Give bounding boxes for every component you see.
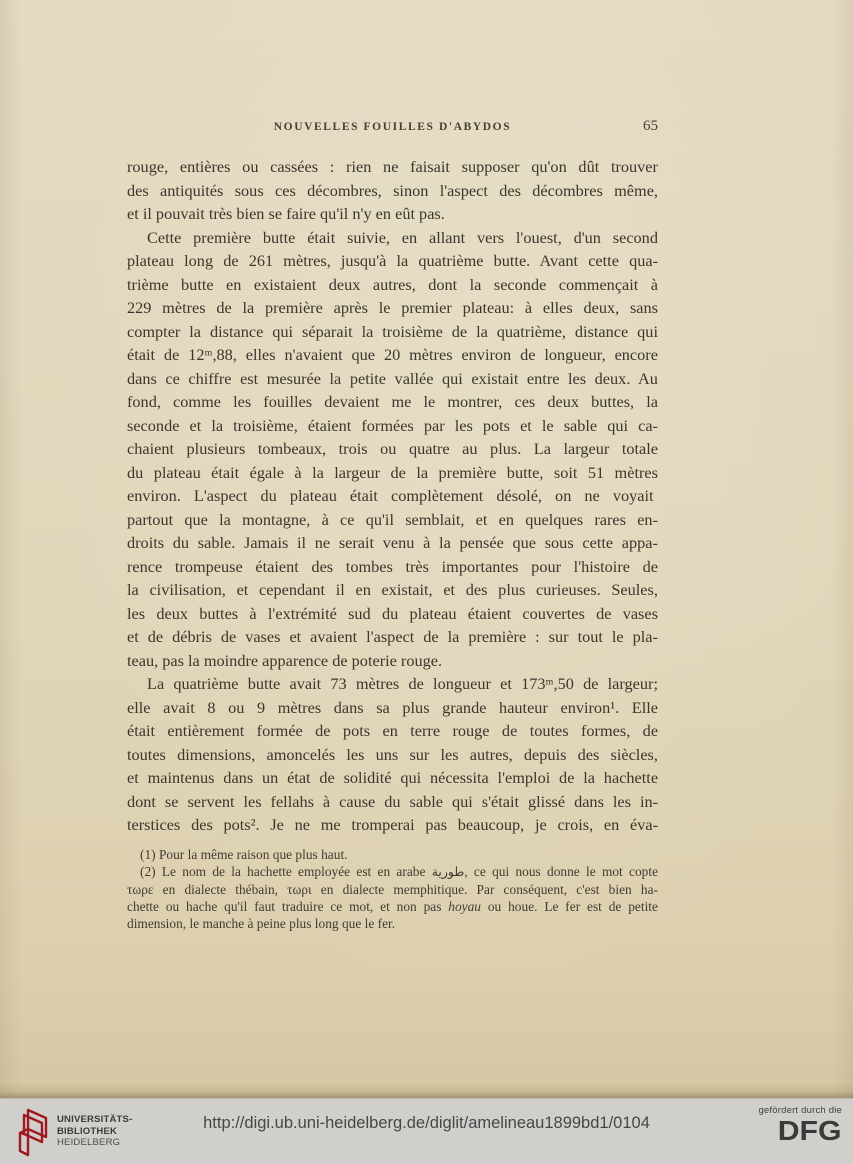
- footnote-line: (1) Pour la même raison que plus haut.: [127, 846, 658, 863]
- footnotes: (1) Pour la même raison que plus haut.(2…: [127, 846, 658, 932]
- running-title: NOUVELLES FOUILLES D'ABYDOS: [127, 121, 658, 133]
- page-bottom-shadow: [0, 1083, 853, 1099]
- text-line: rouge, entières ou cassées : rien ne fai…: [127, 155, 658, 179]
- text-line: toutes dimensions, amoncelés les uns sur…: [127, 743, 658, 767]
- text-line: trième butte en existaient deux autres, …: [127, 273, 658, 297]
- text-line: rence trompeuse étaient des tombes très …: [127, 555, 658, 579]
- text-line: et maintenus dans un état de solidité qu…: [127, 766, 658, 790]
- text-line: était entièrement formée de pots en terr…: [127, 719, 658, 743]
- page-number: 65: [643, 118, 658, 135]
- body-text: rouge, entières ou cassées : rien ne fai…: [127, 155, 658, 837]
- text-line: la civilisation, et cependant il en exis…: [127, 578, 658, 602]
- library-name: UNIVERSITÄTS- BIBLIOTHEK HEIDELBERG: [57, 1114, 132, 1149]
- permanent-url: http://digi.ub.uni-heidelberg.de/diglit/…: [203, 1114, 650, 1133]
- text-line: du plateau était égale à la largeur de l…: [127, 461, 658, 485]
- text-line: environ. L'aspect du plateau était compl…: [127, 484, 658, 508]
- footnote-line: chette ou hache qu'il faut traduire ce m…: [127, 898, 658, 915]
- library-name-line2: BIBLIOTHEK: [57, 1126, 132, 1138]
- open-books-logo-icon: [14, 1106, 50, 1158]
- library-branding: UNIVERSITÄTS- BIBLIOTHEK HEIDELBERG: [14, 1104, 132, 1159]
- text-line: partout que la montagne, à ce qu'il semb…: [127, 508, 658, 532]
- text-line: seconde et la troisième, étaient formées…: [127, 414, 658, 438]
- text-line: dont se servent les fellahs à cause du s…: [127, 790, 658, 814]
- text-line: chaient plusieurs tombeaux, trois ou qua…: [127, 437, 658, 461]
- footnote-line: τωρε en dialecte thébain, τωρι en dialec…: [127, 881, 658, 898]
- text-line: dans ce chiffre est mesurée la petite va…: [127, 367, 658, 391]
- dfg-logo: DFG: [752, 1117, 842, 1145]
- page-header: NOUVELLES FOUILLES D'ABYDOS 65: [127, 118, 658, 136]
- text-line: les deux buttes à l'extrémité sud du pla…: [127, 602, 658, 626]
- footnote-line: dimension, le manche à peine plus long q…: [127, 915, 658, 932]
- text-line: des antiquités sous ces décombres, sinon…: [127, 179, 658, 203]
- text-line: terstices des pots². Je ne me tromperai …: [127, 813, 658, 837]
- library-name-line1: UNIVERSITÄTS-: [57, 1114, 132, 1126]
- text-line: elle avait 8 ou 9 mètres dans sa plus gr…: [127, 696, 658, 720]
- text-line: droits du sable. Jamais il ne serait ven…: [127, 531, 658, 555]
- footnote-line: (2) Le nom de la hachette employée est e…: [127, 863, 658, 880]
- digitization-footer-bar: UNIVERSITÄTS- BIBLIOTHEK HEIDELBERG http…: [0, 1098, 853, 1164]
- text-line: fond, comme les fouilles devaient me le …: [127, 390, 658, 414]
- library-name-line3: HEIDELBERG: [57, 1137, 132, 1149]
- text-line: plateau long de 261 mètres, jusqu'à la q…: [127, 249, 658, 273]
- funder-credit: gefördert durch die DFG: [758, 1105, 842, 1145]
- text-line: teau, pas la moindre apparence de poteri…: [127, 649, 658, 673]
- text-line: était de 12ᵐ,88, elles n'avaient que 20 …: [127, 343, 658, 367]
- text-line: et il pouvait très bien se faire qu'il n…: [127, 202, 658, 226]
- text-line: Cette première butte était suivie, en al…: [127, 226, 658, 250]
- text-line: La quatrième butte avait 73 mètres de lo…: [127, 672, 658, 696]
- text-line: et de débris de vases et avaient l'aspec…: [127, 625, 658, 649]
- text-line: 229 mètres de la première après le premi…: [127, 296, 658, 320]
- text-line: compter la distance qui séparait la troi…: [127, 320, 658, 344]
